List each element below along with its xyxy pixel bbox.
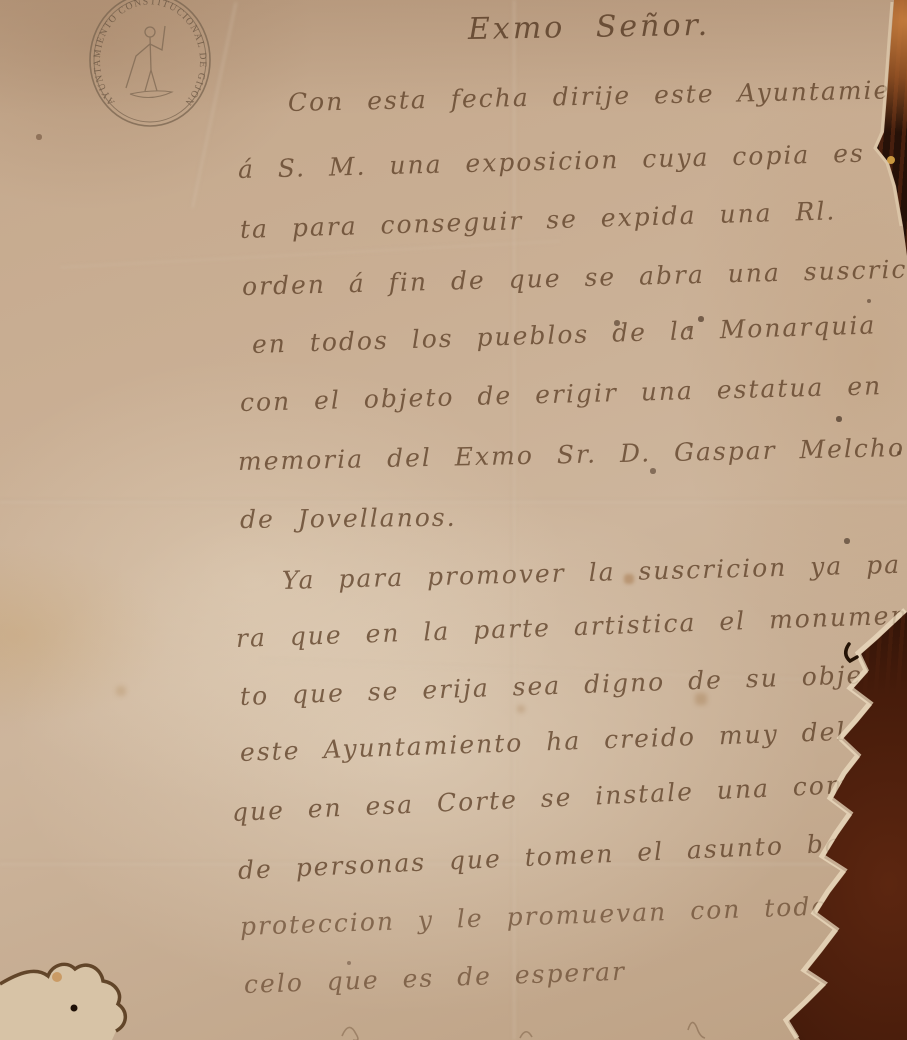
manuscript-line-15: proteccion y le promuevan con todo: [239, 891, 828, 941]
manuscript-line-16: celo que es de esperar: [243, 957, 626, 999]
manuscript-line-9: Ya para promover la suscricion ya pa: [282, 550, 902, 595]
photograph-of-manuscript: AYUNTAMIENTO CONSTITUCIONAL DE GIJON Exm…: [0, 0, 907, 1040]
manuscript-line-6: con el objeto de erigir una estatua en: [240, 371, 883, 417]
manuscript-line-5: en todos los pueblos de la Monarquia: [252, 310, 877, 359]
manuscript-line-3: ta para conseguir se expida una Rl.: [240, 196, 837, 244]
ink-specks-and-stains: [0, 0, 2, 2]
seal-figure-with-sword: [126, 26, 172, 98]
letter-heading: Exmo Señor.: [468, 8, 711, 47]
manuscript-line-10: ra que en la parte artistica el monumen: [235, 601, 907, 653]
manuscript-line-4: orden á fin de que se abra una suscricio…: [242, 253, 907, 301]
manuscript-line-14: de personas que tomen el asunto bajo: [237, 827, 869, 885]
manuscript-line-2: á S. M. una exposicion cuya copia es adj…: [238, 136, 907, 184]
manuscript-line-7: memoria del Exmo Sr. D. Gaspar Melchor: [238, 433, 907, 476]
manuscript-line-13: que en esa Corte se instale una comi: [231, 769, 862, 827]
municipal-seal-stamp: AYUNTAMIENTO CONSTITUCIONAL DE GIJON: [50, 0, 250, 150]
paper-sheet: AYUNTAMIENTO CONSTITUCIONAL DE GIJON Exm…: [0, 0, 907, 1040]
manuscript-line-12: este Ayuntamiento ha creido muy del cas: [239, 714, 907, 767]
diagonal-crease: [60, 239, 560, 269]
manuscript-line-8: de Jovellanos.: [240, 503, 457, 534]
manuscript-line-1: Con esta fecha dirije este Ayuntamiento: [288, 74, 907, 117]
